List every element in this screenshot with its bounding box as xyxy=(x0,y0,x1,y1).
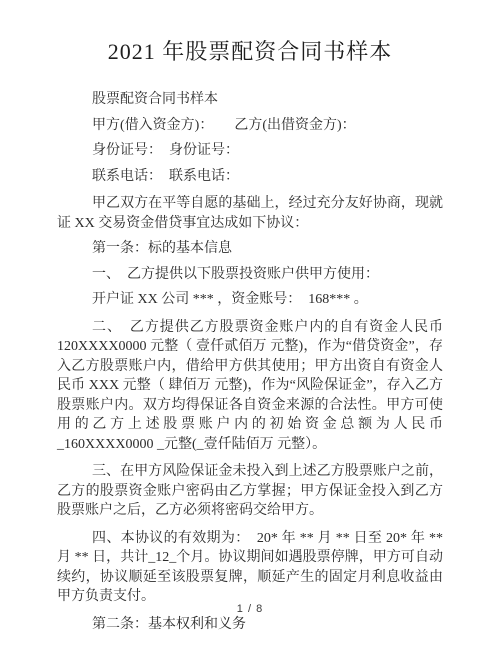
paragraph: 身份证号： 身份证号： xyxy=(57,141,443,161)
paragraph: 甲乙双方在平等自愿的基础上，经过充分友好协商，现就证 XX 交易资金借贷事宜达成… xyxy=(57,194,443,233)
paragraph: 第一条：标的基本信息 xyxy=(57,239,443,259)
document-body: 股票配资合同书样本甲方(借入资金方)： 乙方(出借资金方)：身份证号： 身份证号… xyxy=(57,90,443,634)
paragraph: 四、本协议的有效期为： 20* 年 ** 月 ** 日至 20* 年 ** 月 … xyxy=(57,529,443,607)
paragraph: 第二条：基本权利和义务 xyxy=(57,615,443,635)
page-number: 1 / 8 xyxy=(0,603,500,615)
document-page: 2021 年股票配资合同书样本 股票配资合同书样本甲方(借入资金方)： 乙方(出… xyxy=(0,0,500,647)
paragraph: 开户证 XX 公司 *** ，资金账号： 168*** 。 xyxy=(57,290,443,310)
paragraph: 甲方(借入资金方)： 乙方(出借资金方)： xyxy=(57,116,443,136)
document-title: 2021 年股票配资合同书样本 xyxy=(0,0,500,66)
paragraph: 二、 乙方提供乙方股票资金账户内的自有资金人民币 120XXXX0000 元整（… xyxy=(57,318,443,455)
paragraph: 一、 乙方提供以下股票投资账户供甲方使用： xyxy=(57,265,443,285)
paragraph: 股票配资合同书样本 xyxy=(57,90,443,110)
paragraph: 联系电话： 联系电话： xyxy=(57,167,443,187)
paragraph: 三、在甲方风险保证金未投入到上述乙方股票账户之前，乙方的股票资金账户密码由乙方掌… xyxy=(57,462,443,521)
